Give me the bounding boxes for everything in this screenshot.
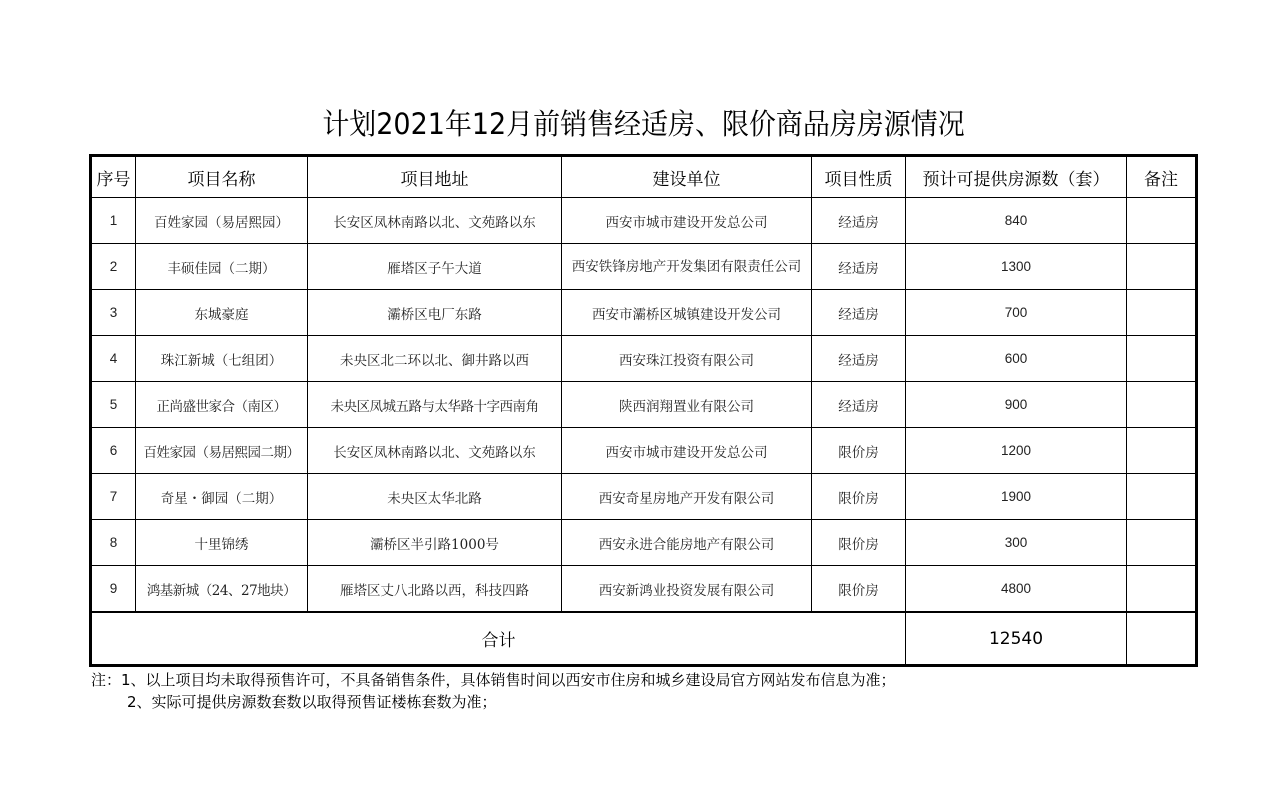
cell-developer: 西安市灞桥区城镇建设开发公司	[562, 290, 812, 336]
table-row: 7 奇星・御园（二期） 未央区太华北路 西安奇星房地产开发有限公司 限价房 19…	[91, 474, 1197, 520]
cell-type: 限价房	[812, 474, 906, 520]
cell-remark	[1127, 336, 1197, 382]
cell-units: 600	[906, 336, 1127, 382]
cell-project-name: 奇星・御园（二期）	[136, 474, 308, 520]
cell-developer: 西安奇星房地产开发有限公司	[562, 474, 812, 520]
cell-type: 经适房	[812, 382, 906, 428]
cell-developer: 西安新鸿业投资发展有限公司	[562, 566, 812, 613]
cell-no: 9	[91, 566, 136, 613]
header-project-address: 项目地址	[308, 156, 562, 198]
cell-units: 1900	[906, 474, 1127, 520]
cell-project-name: 东城豪庭	[136, 290, 308, 336]
cell-address: 长安区凤林南路以北、文苑路以东	[308, 428, 562, 474]
header-row: 序号 项目名称 项目地址 建设单位 项目性质 预计可提供房源数（套） 备注	[91, 156, 1197, 198]
header-developer: 建设单位	[562, 156, 812, 198]
cell-units: 700	[906, 290, 1127, 336]
cell-address: 灞桥区半引路1000号	[308, 520, 562, 566]
cell-no: 8	[91, 520, 136, 566]
cell-project-name: 十里锦绣	[136, 520, 308, 566]
cell-type: 限价房	[812, 520, 906, 566]
header-units: 预计可提供房源数（套）	[906, 156, 1127, 198]
document-title: 计划2021年12月前销售经适房、限价商品房房源情况	[45, 104, 1242, 144]
cell-developer: 陕西润翔置业有限公司	[562, 382, 812, 428]
table-row: 8 十里锦绣 灞桥区半引路1000号 西安永进合能房地产有限公司 限价房 300	[91, 520, 1197, 566]
cell-remark	[1127, 290, 1197, 336]
cell-type: 经适房	[812, 290, 906, 336]
cell-no: 2	[91, 244, 136, 290]
cell-no: 3	[91, 290, 136, 336]
cell-address: 长安区凤林南路以北、文苑路以东	[308, 198, 562, 244]
header-no: 序号	[91, 156, 136, 198]
cell-units: 900	[906, 382, 1127, 428]
cell-project-name: 珠江新城（七组团）	[136, 336, 308, 382]
cell-units: 840	[906, 198, 1127, 244]
cell-units: 4800	[906, 566, 1127, 613]
table-row: 1 百姓家园（易居熙园） 长安区凤林南路以北、文苑路以东 西安市城市建设开发总公…	[91, 198, 1197, 244]
cell-address: 雁塔区丈八北路以西，科技四路	[308, 566, 562, 613]
cell-units: 300	[906, 520, 1127, 566]
table-row: 2 丰硕佳园（二期） 雁塔区子午大道 西安铁锋房地产开发集团有限责任公司 经适房…	[91, 244, 1197, 290]
table-row: 5 正尚盛世家合（南区） 未央区凤城五路与太华路十字西南角 陕西润翔置业有限公司…	[91, 382, 1197, 428]
cell-project-name: 鸿基新城（24、27地块）	[136, 566, 308, 613]
cell-developer: 西安珠江投资有限公司	[562, 336, 812, 382]
cell-remark	[1127, 244, 1197, 290]
table-row: 3 东城豪庭 灞桥区电厂东路 西安市灞桥区城镇建设开发公司 经适房 700	[91, 290, 1197, 336]
total-label: 合计	[91, 612, 906, 666]
cell-developer: 西安市城市建设开发总公司	[562, 428, 812, 474]
cell-project-name: 丰硕佳园（二期）	[136, 244, 308, 290]
cell-type: 经适房	[812, 244, 906, 290]
cell-developer: 西安铁锋房地产开发集团有限责任公司	[562, 244, 812, 290]
cell-address: 未央区太华北路	[308, 474, 562, 520]
cell-remark	[1127, 474, 1197, 520]
header-remark: 备注	[1127, 156, 1197, 198]
total-row: 合计 12540	[91, 612, 1197, 666]
cell-type: 经适房	[812, 198, 906, 244]
cell-units: 1300	[906, 244, 1127, 290]
total-remark	[1127, 612, 1197, 666]
header-project-name: 项目名称	[136, 156, 308, 198]
cell-no: 4	[91, 336, 136, 382]
cell-address: 灞桥区电厂东路	[308, 290, 562, 336]
cell-address: 未央区凤城五路与太华路十字西南角	[308, 382, 562, 428]
cell-no: 1	[91, 198, 136, 244]
cell-type: 限价房	[812, 428, 906, 474]
cell-type: 限价房	[812, 566, 906, 613]
table-row: 4 珠江新城（七组团） 未央区北二环以北、御井路以西 西安珠江投资有限公司 经适…	[91, 336, 1197, 382]
cell-type: 经适房	[812, 336, 906, 382]
cell-developer: 西安市城市建设开发总公司	[562, 198, 812, 244]
cell-remark	[1127, 382, 1197, 428]
housing-supply-table: 序号 项目名称 项目地址 建设单位 项目性质 预计可提供房源数（套） 备注 1 …	[89, 154, 1198, 667]
cell-project-name: 正尚盛世家合（南区）	[136, 382, 308, 428]
cell-project-name: 百姓家园（易居熙园二期）	[136, 428, 308, 474]
total-units: 12540	[906, 612, 1127, 666]
cell-address: 雁塔区子午大道	[308, 244, 562, 290]
footnote-1: 注：1、以上项目均未取得预售许可，不具备销售条件，具体销售时间以西安市住房和城乡…	[91, 669, 896, 691]
cell-no: 7	[91, 474, 136, 520]
cell-remark	[1127, 520, 1197, 566]
cell-units: 1200	[906, 428, 1127, 474]
footnotes: 注：1、以上项目均未取得预售许可，不具备销售条件，具体销售时间以西安市住房和城乡…	[91, 669, 896, 713]
cell-remark	[1127, 198, 1197, 244]
footnote-2: 2、实际可提供房源数套数以取得预售证楼栋套数为准；	[91, 691, 896, 713]
table-row: 6 百姓家园（易居熙园二期） 长安区凤林南路以北、文苑路以东 西安市城市建设开发…	[91, 428, 1197, 474]
cell-remark	[1127, 566, 1197, 613]
cell-no: 5	[91, 382, 136, 428]
cell-no: 6	[91, 428, 136, 474]
cell-remark	[1127, 428, 1197, 474]
cell-address: 未央区北二环以北、御井路以西	[308, 336, 562, 382]
cell-project-name: 百姓家园（易居熙园）	[136, 198, 308, 244]
cell-developer: 西安永进合能房地产有限公司	[562, 520, 812, 566]
table-row: 9 鸿基新城（24、27地块） 雁塔区丈八北路以西，科技四路 西安新鸿业投资发展…	[91, 566, 1197, 613]
header-project-type: 项目性质	[812, 156, 906, 198]
